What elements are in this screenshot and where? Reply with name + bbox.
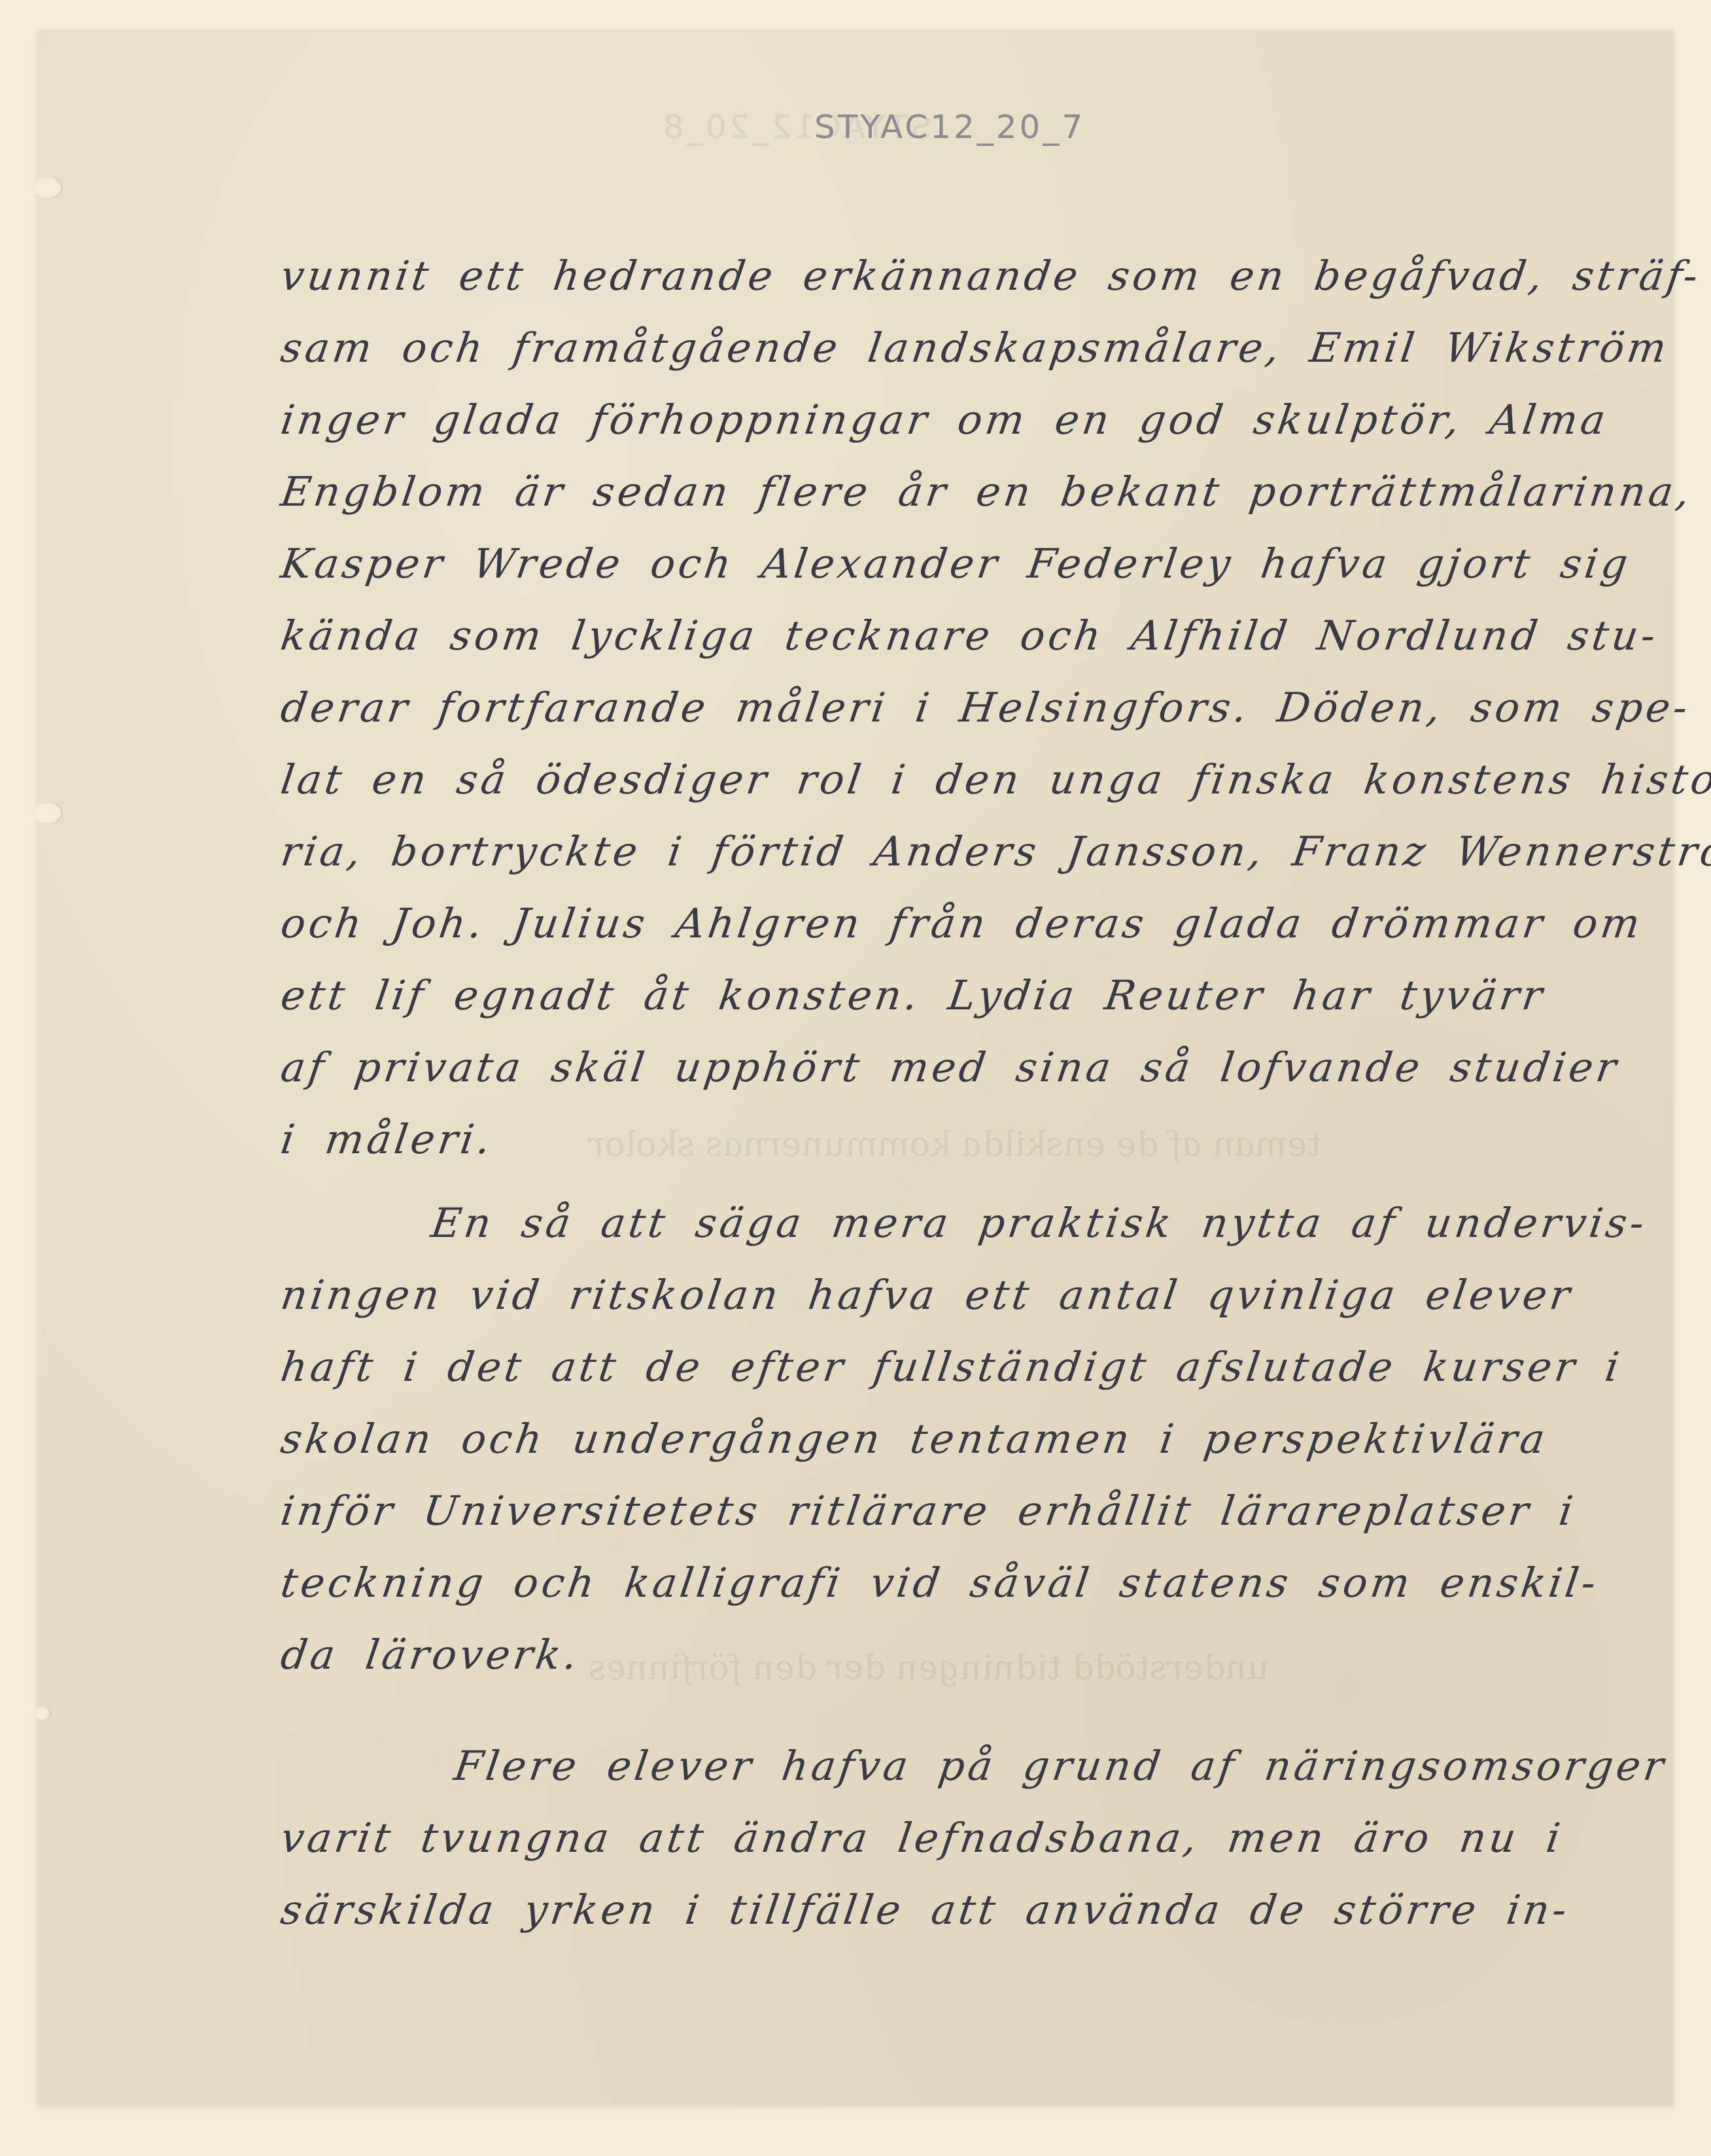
text-line: Kasper Wrede och Alexander Federley hafv… [278, 540, 1634, 587]
text-line: varit tvungna att ändra lefnadsbana, men… [278, 1814, 1566, 1862]
text-line: inför Universitetets ritlärare erhållit … [278, 1487, 1579, 1535]
punch-hole [34, 1706, 51, 1720]
text-line: Engblom är sedan flere år en bekant port… [278, 468, 1696, 515]
text-line: ett lif egnadt åt konsten. Lydia Reuter … [278, 971, 1549, 1019]
punch-hole [34, 802, 63, 824]
text-line: kända som lyckliga tecknare och Alfhild … [278, 612, 1662, 659]
text-line: teckning och kalligrafi vid såväl staten… [278, 1559, 1602, 1607]
text-line: och Joh. Julius Ahlgren från deras glada… [278, 899, 1646, 947]
text-line: haft i det att de efter fullständigt afs… [278, 1343, 1625, 1391]
text-line: vunnit ett hedrande erkännande som en be… [278, 252, 1704, 300]
punch-hole [34, 177, 63, 199]
text-line: lat en så ödesdiger rol i den unga finsk… [278, 756, 1711, 803]
text-line: särskilda yrken i tillfälle att använda … [278, 1886, 1573, 1934]
bleed-through-text: understödd tidningen der den förfinnes [585, 1648, 1273, 1688]
text-line: af privata skäl upphört med sina så lofv… [278, 1043, 1623, 1091]
text-line: derar fortfarande måleri i Helsingfors. … [278, 684, 1693, 731]
text-line: da läroverk. [278, 1631, 583, 1678]
bleed-through-text: teman af de enskilda kommunernas skolor [585, 1125, 1325, 1164]
text-line: ria, bortryckte i förtid Anders Jansson,… [278, 827, 1711, 875]
text-line: ningen vid ritskolan hafva ett antal qvi… [278, 1271, 1576, 1319]
text-line: inger glada förhoppningar om en god skul… [278, 396, 1612, 443]
text-line: En så att säga mera praktisk nytta af un… [428, 1199, 1650, 1247]
text-line: i måleri. [278, 1115, 496, 1163]
text-line: sam och framåtgående landskapsmålare, Em… [278, 324, 1672, 372]
text-line: Flere elever hafva på grund af näringsom… [451, 1742, 1670, 1790]
catalog-number: STYAC12_20_7 [814, 108, 1085, 146]
text-line: skolan och undergången tentamen i perspe… [278, 1415, 1551, 1463]
